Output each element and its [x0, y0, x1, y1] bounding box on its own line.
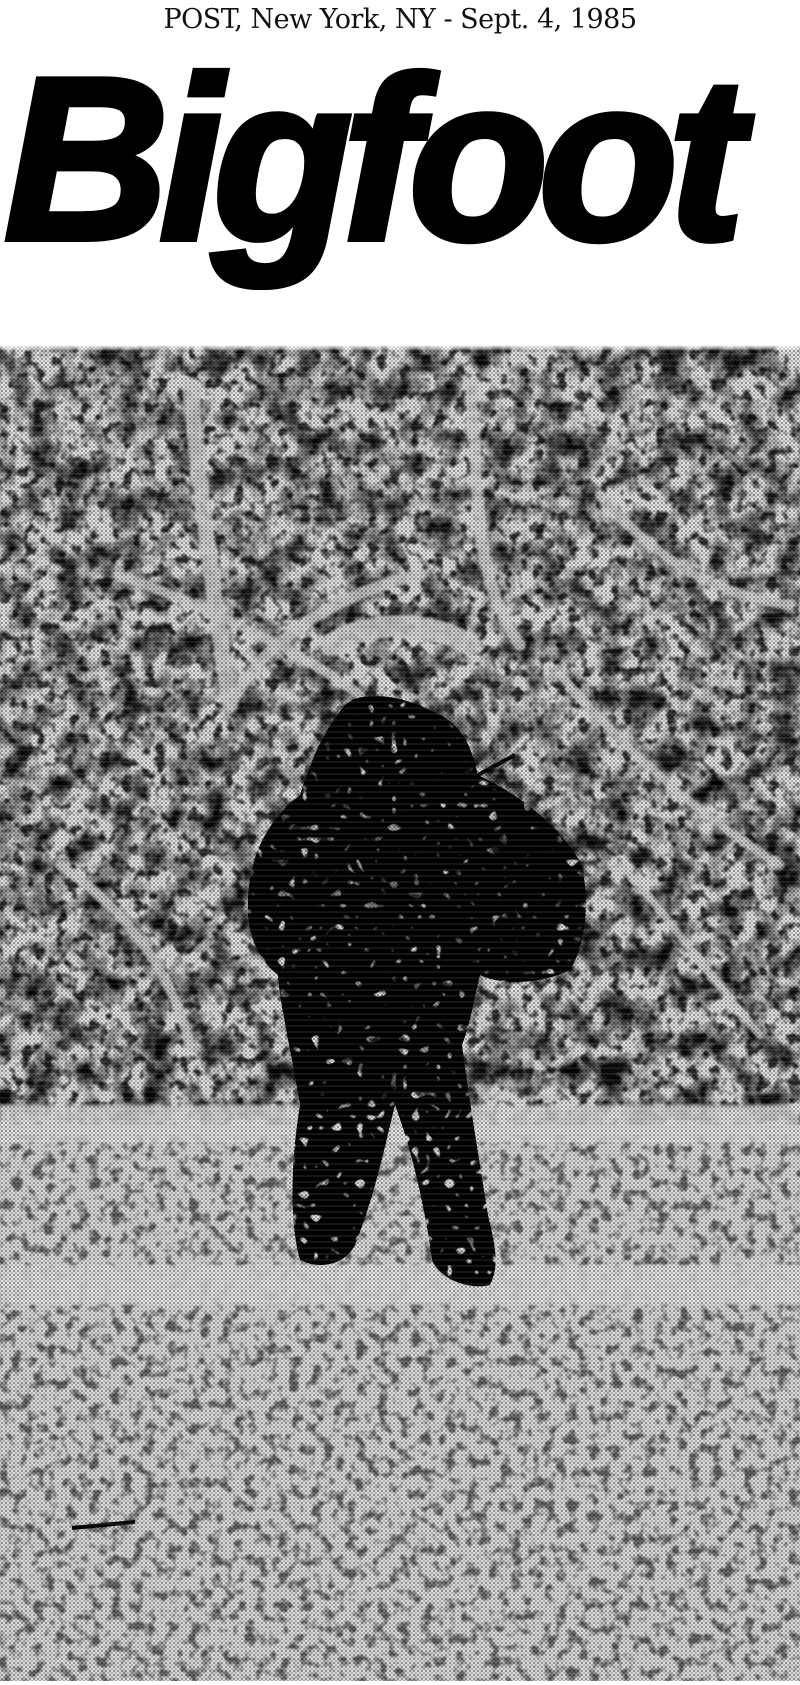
photo-scene	[0, 345, 800, 1681]
headline: Bigfoot	[4, 44, 792, 276]
bigfoot-photo	[0, 345, 800, 1681]
